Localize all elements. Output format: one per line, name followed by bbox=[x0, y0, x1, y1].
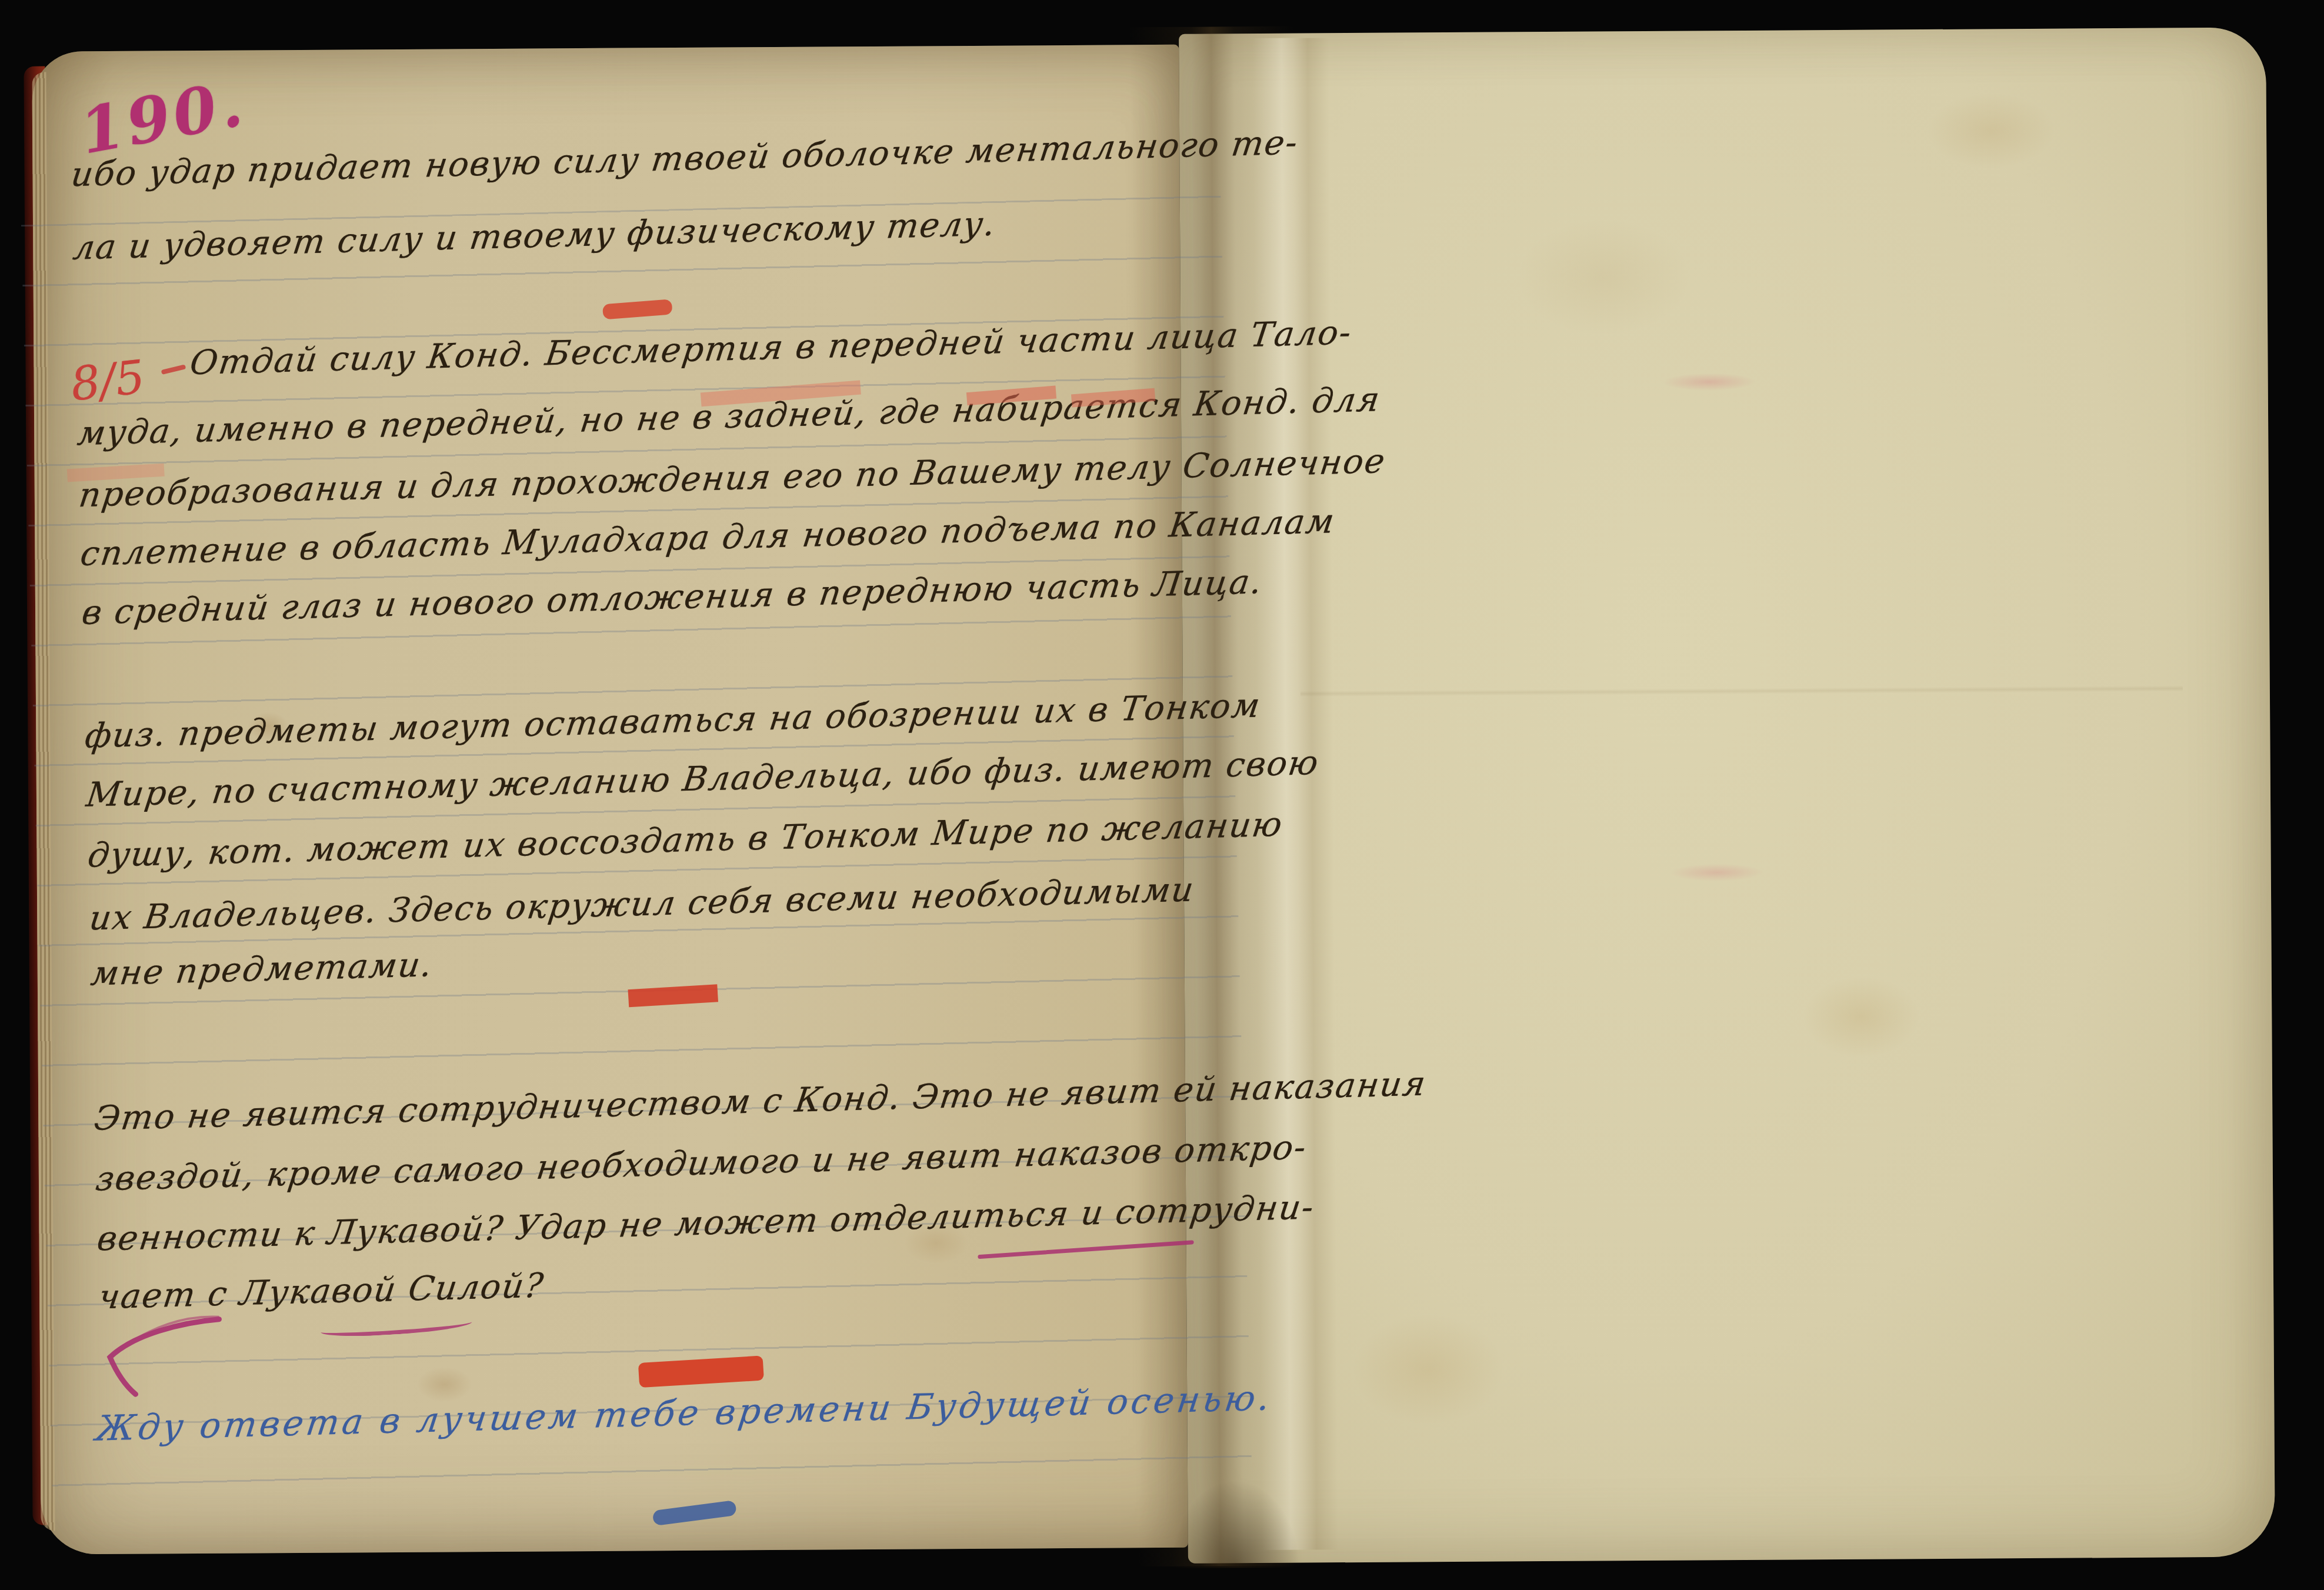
right-page-blank bbox=[1179, 28, 2275, 1564]
handwritten-line: душу, кот. может их воссоздать в Тонком … bbox=[85, 805, 1285, 875]
handwritten-line: мне предметами. bbox=[89, 945, 436, 993]
handwritten-line-blue-ink: Жду ответа в лучшем тебе времени Будущей… bbox=[94, 1377, 1275, 1449]
handwritten-line: физ. предметы могут оставаться на обозре… bbox=[83, 686, 1263, 756]
red-crayon-dash-bottom bbox=[638, 1355, 764, 1387]
handwritten-line: их Владельцев. Здесь окружил себя всеми … bbox=[87, 870, 1197, 938]
handwritten-line: сплетение в область Муладхара для нового… bbox=[78, 502, 1338, 574]
red-crayon-dash-below-paragraph-3 bbox=[628, 984, 718, 1007]
margin-date-tick bbox=[161, 364, 186, 375]
scanned-notebook-photo: 190. 8/5 ибо удар придает новую силу тво… bbox=[0, 0, 2324, 1590]
magenta-underline-mark bbox=[978, 1240, 1194, 1259]
handwritten-line: ла и удвояет силу и твоему физическому т… bbox=[71, 204, 998, 267]
handwritten-line: ибо удар придает новую силу твоей оболоч… bbox=[69, 123, 1301, 194]
blue-ink-dash bbox=[652, 1500, 737, 1526]
handwritten-line: в средний глаз и нового отложения в пере… bbox=[79, 562, 1265, 632]
magenta-wavy-underline bbox=[320, 1315, 472, 1339]
margin-date-note: 8/5 bbox=[68, 351, 148, 411]
magenta-margin-bracket-mark bbox=[98, 1309, 224, 1400]
handwritten-line: Мире, по счастному желанию Владельца, иб… bbox=[84, 744, 1322, 815]
manuscript-layer: 190. 8/5 ибо удар придает новую силу тво… bbox=[29, 25, 1212, 1555]
red-crayon-dash-below-paragraph-1 bbox=[602, 299, 673, 319]
handwritten-line: Отдай силу Конд. Бессмертия в передней ч… bbox=[188, 313, 1355, 382]
handwritten-line: венности к Лукавой? Удар не может отдели… bbox=[95, 1188, 1316, 1258]
notebook: 190. 8/5 ибо удар придает новую силу тво… bbox=[32, 20, 2294, 1573]
handwritten-line: звездой, кроме самого необходимого и не … bbox=[94, 1128, 1309, 1199]
handwritten-line: чает с Лукавой Силой? bbox=[96, 1266, 546, 1316]
